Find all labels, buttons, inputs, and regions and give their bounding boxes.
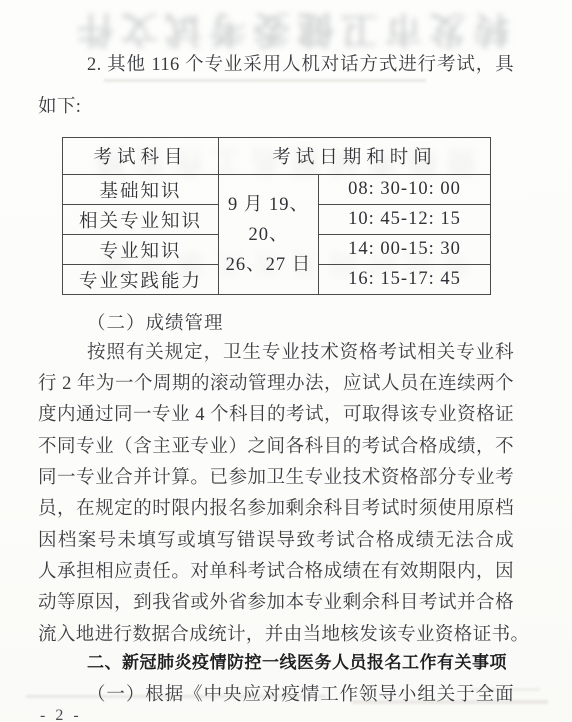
paragraph-line: 同一专业合并计算。已参加卫生专业技术资格部分专业考试的人 xyxy=(38,463,514,494)
intro-line-1: 2. 其他 116 个专业采用人机对话方式进行考试，具体安排 xyxy=(38,50,514,81)
time-cell: 14: 00-15: 30 xyxy=(319,235,491,265)
paragraph-line: 员，在规定的时限内报名参加剩余科目考试时须使用原档案号。 xyxy=(38,494,514,525)
paragraph-line: 人承担相应责任。对单科考试合格成绩在有效期限内，因工作变 xyxy=(38,557,514,588)
document-page: 转发市卫健委考试文件 资格考试报名工作安排 考试时间及有关事项通 2. 其他 1… xyxy=(0,0,572,722)
time-cell: 10: 45-12: 15 xyxy=(319,205,491,235)
paragraph-line: 按照有关规定，卫生专业技术资格考试相关专业科目成绩实 xyxy=(38,338,514,369)
time-cell: 08: 30-10: 00 xyxy=(319,175,491,205)
time-cell: 16: 15-17: 45 xyxy=(319,265,491,295)
paragraph-line: 因档案号未填写或填写错误导致考试合格成绩无法合成的，由本 xyxy=(38,526,514,557)
table-header-row: 考试科目 考试日期和时间 xyxy=(63,138,491,175)
date-line-2: 26、27 日 xyxy=(219,250,318,280)
score-section-heading: （二）成绩管理 xyxy=(87,309,224,335)
table-row: 基础知识 9 月 19、20、 26、27 日 08: 30-10: 00 xyxy=(63,175,491,205)
paragraph-line: 行 2 年为一个周期的滚动管理办法，应试人员在连续两个考试年 xyxy=(38,369,514,400)
date-line-1: 9 月 19、20、 xyxy=(219,190,318,250)
intro-line-2: 如下: xyxy=(38,92,514,123)
subject-cell: 相关专业知识 xyxy=(63,205,219,235)
subject-cell: 基础知识 xyxy=(63,175,219,205)
section2-heading: 二、新冠肺炎疫情防控一线医务人员报名工作有关事项 xyxy=(87,648,507,673)
table-header-datetime: 考试日期和时间 xyxy=(219,138,491,175)
paragraph-line: 不同专业（含主亚专业）之间各科目的考试合格成绩，不得作为 xyxy=(38,432,514,463)
paragraph-line: 动等原因，到我省或外省参加本专业剩余科目考试并合格的，由 xyxy=(38,588,514,619)
paragraph-line: 流入地进行数据合成统计，并由当地核发该专业资格证书。 xyxy=(38,620,514,651)
subject-cell: 专业实践能力 xyxy=(63,265,219,295)
date-cell: 9 月 19、20、 26、27 日 xyxy=(219,175,319,295)
paragraph-line: 度内通过同一专业 4 个科目的考试，可取得该专业资格证书。对 xyxy=(38,400,514,431)
subject-cell: 专业知识 xyxy=(63,235,219,265)
page-number: - 2 - xyxy=(40,707,82,722)
exam-schedule-table: 考试科目 考试日期和时间 基础知识 9 月 19、20、 26、27 日 08:… xyxy=(62,137,491,295)
table-header-subject: 考试科目 xyxy=(63,138,219,175)
section2-line-1: （一）根据《中央应对疫情工作领导小组关于全面落实进一 xyxy=(38,680,514,711)
